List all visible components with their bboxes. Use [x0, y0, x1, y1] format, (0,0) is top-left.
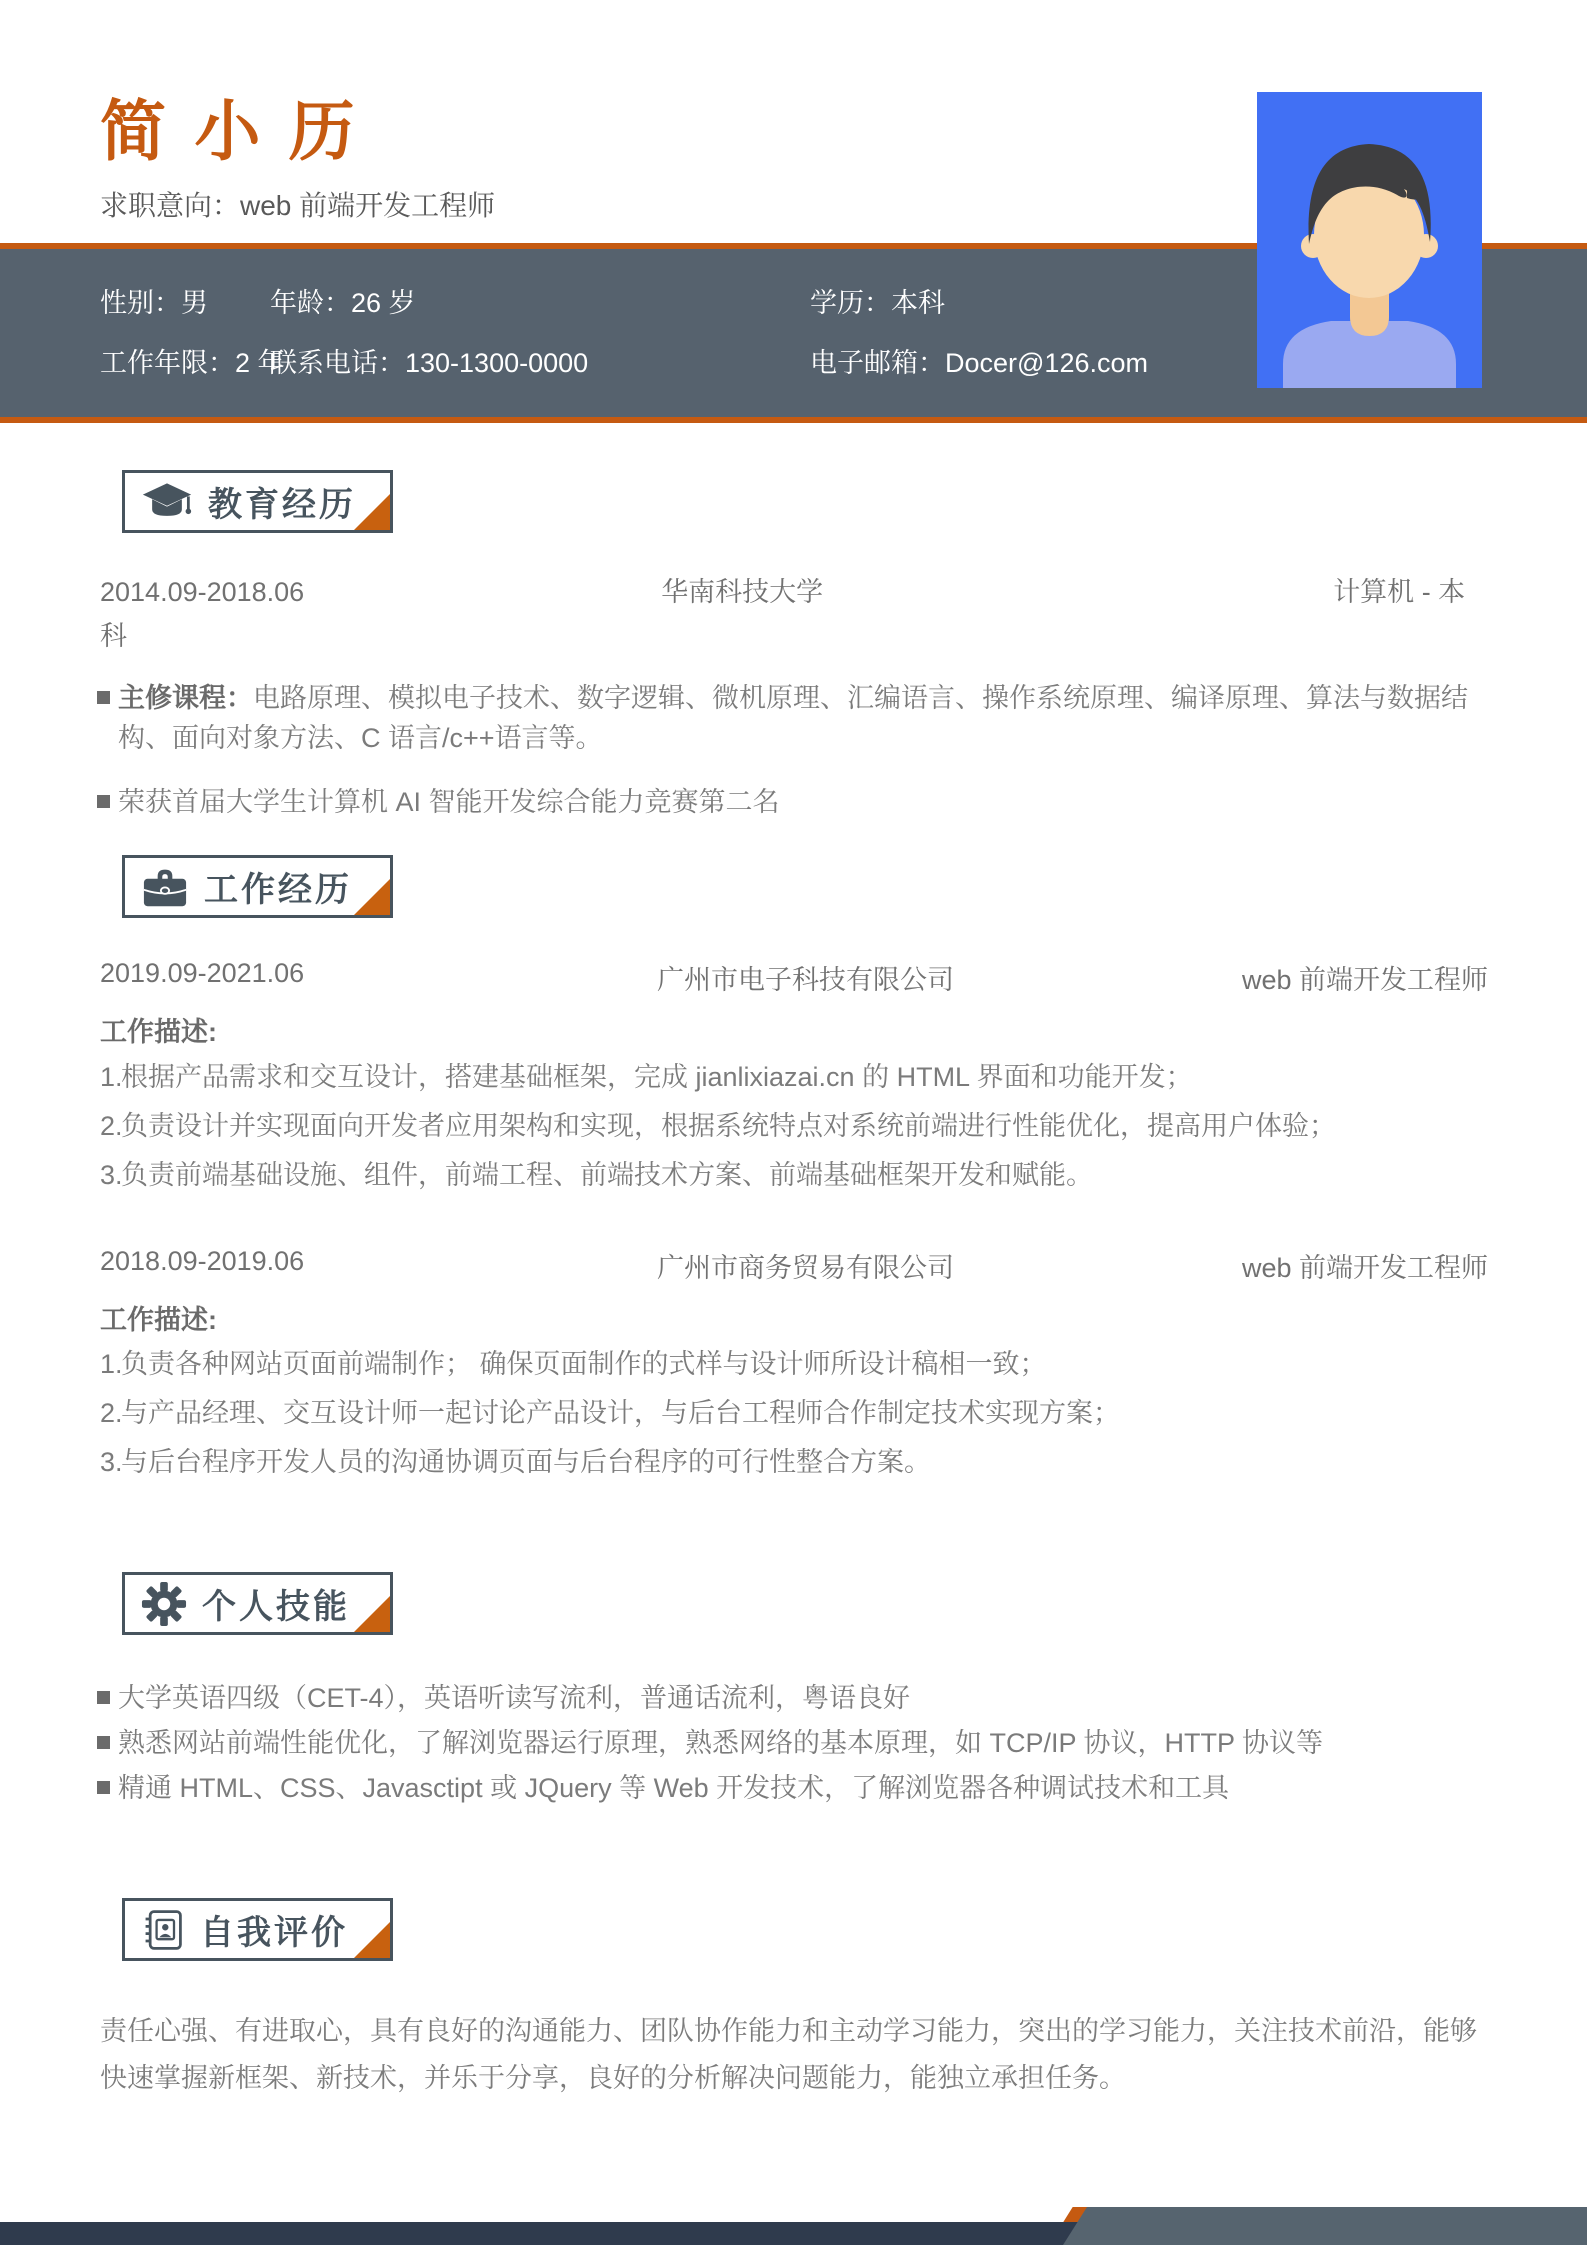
- item-number: 3.: [100, 1156, 121, 1194]
- education-meta-row: 2014.09-2018.06华南科技大学计算机 - 本科: [100, 570, 1488, 658]
- work-years-field: 工作年限：2 年: [100, 341, 285, 380]
- list-item: 2.负责设计并实现面向开发者应用架构和实现，根据系统特点对系统前端进行性能优化，…: [100, 1107, 1488, 1145]
- job-role: web 前端开发工程师: [1177, 958, 1488, 997]
- section-header-skills: 个人技能: [122, 1572, 393, 1635]
- section-title-education: 教育经历: [208, 477, 356, 526]
- skill-text: 熟悉网站前端性能优化，了解浏览器运行原理，熟悉网络的基本原理，如 TCP/IP …: [118, 1725, 1488, 1761]
- accent-rule-bottom: [0, 417, 1587, 423]
- list-item: 3.负责前端基础设施、组件，前端工程、前端技术方案、前端基础框架开发和赋能。: [100, 1156, 1488, 1194]
- job-description-list: 1.负责各种网站页面前端制作； 确保页面制作的式样与设计师所设计稿相一致； 2.…: [100, 1345, 1488, 1492]
- section-header-work: 工作经历: [122, 855, 393, 918]
- list-item: 1.根据产品需求和交互设计，搭建基础框架，完成 jianlixiazai.cn …: [100, 1058, 1488, 1096]
- item-text: 负责设计并实现面向开发者应用架构和实现，根据系统特点对系统前端进行性能优化，提高…: [121, 1107, 1488, 1145]
- education-bullet-list: 主修课程：电路原理、模拟电子技术、数字逻辑、微机原理、汇编语言、操作系统原理、编…: [100, 678, 1488, 846]
- corner-triangle: [354, 1922, 390, 1958]
- age-field: 年龄：26 岁: [270, 281, 416, 320]
- email-field: 电子邮箱：Docer@126.com: [810, 341, 1148, 380]
- section-title-skills: 个人技能: [202, 1579, 350, 1628]
- item-text: 与产品经理、交互设计师一起讨论产品设计，与后台工程师合作制定技术实现方案；: [121, 1394, 1488, 1432]
- item-number: 3.: [100, 1443, 121, 1481]
- email-label: 电子邮箱：: [810, 348, 945, 378]
- email-value: Docer@126.com: [945, 348, 1148, 378]
- bullet-body: 电路原理、模拟电子技术、数字逻辑、微机原理、汇编语言、操作系统原理、编译原理、算…: [118, 683, 1468, 753]
- footer-bar-light: [1063, 2207, 1587, 2245]
- education-value: 本科: [891, 288, 945, 318]
- list-item: 2.与产品经理、交互设计师一起讨论产品设计，与后台工程师合作制定技术实现方案；: [100, 1394, 1488, 1432]
- job-company: 广州市电子科技有限公司: [657, 958, 1177, 997]
- self-evaluation-text: 责任心强、有进取心，具有良好的沟通能力、团队协作能力和主动学习能力，突出的学习能…: [100, 2008, 1488, 2102]
- profile-photo: [1257, 92, 1482, 388]
- phone-field: 联系电话：130-1300-0000: [270, 341, 588, 380]
- square-bullet-icon: [97, 795, 110, 808]
- job-role: web 前端开发工程师: [1177, 1246, 1488, 1285]
- item-text: 负责各种网站页面前端制作； 确保页面制作的式样与设计师所设计稿相一致；: [121, 1345, 1488, 1383]
- graduation-cap-icon: [141, 480, 193, 524]
- item-text: 负责前端基础设施、组件，前端工程、前端技术方案、前端基础框架开发和赋能。: [121, 1156, 1488, 1194]
- id-card-icon: [141, 1907, 185, 1953]
- job-company: 广州市商务贸易有限公司: [657, 1246, 1177, 1285]
- section-header-education: 教育经历: [122, 470, 393, 533]
- phone-value: 130-1300-0000: [405, 348, 588, 378]
- square-bullet-icon: [97, 691, 110, 704]
- item-number: 2.: [100, 1394, 121, 1432]
- education-period: 2014.09-2018.06: [100, 577, 304, 607]
- item-text: 与后台程序开发人员的沟通协调页面与后台程序的可行性整合方案。: [121, 1443, 1488, 1481]
- list-item: 1.负责各种网站页面前端制作； 确保页面制作的式样与设计师所设计稿相一致；: [100, 1345, 1488, 1383]
- corner-triangle: [354, 1596, 390, 1632]
- job-meta-row: 2019.09-2021.06 广州市电子科技有限公司 web 前端开发工程师: [100, 958, 1488, 997]
- age-value: 26 岁: [351, 288, 416, 318]
- gender-value: 男: [181, 288, 208, 318]
- education-bullet-text: 主修课程：电路原理、模拟电子技术、数字逻辑、微机原理、汇编语言、操作系统原理、编…: [118, 678, 1488, 758]
- job-description-label: 工作描述:: [100, 1298, 1488, 1337]
- item-number: 1.: [100, 1058, 121, 1096]
- skills-bullet-list: 大学英语四级（CET-4），英语听读写流利，普通话流利，粤语良好 熟悉网站前端性…: [100, 1680, 1488, 1815]
- spacer: [304, 600, 661, 601]
- corner-triangle: [354, 879, 390, 915]
- item-number: 2.: [100, 1107, 121, 1145]
- square-bullet-icon: [97, 1781, 110, 1794]
- job-period: 2018.09-2019.06: [100, 1246, 657, 1277]
- education-field: 学历：本科: [810, 281, 945, 320]
- list-item: 大学英语四级（CET-4），英语听读写流利，普通话流利，粤语良好: [100, 1680, 1488, 1716]
- job-description-list: 1.根据产品需求和交互设计，搭建基础框架，完成 jianlixiazai.cn …: [100, 1058, 1488, 1205]
- gender-field: 性别：男: [100, 281, 208, 320]
- bullet-lead: 主修课程：: [118, 683, 253, 713]
- corner-triangle: [354, 494, 390, 530]
- list-item: 精通 HTML、CSS、Javasctipt 或 JQuery 等 Web 开发…: [100, 1770, 1488, 1806]
- list-item: 3.与后台程序开发人员的沟通协调页面与后台程序的可行性整合方案。: [100, 1443, 1488, 1481]
- resume-page: 简 小 历 求职意向：web 前端开发工程师 性别：男 年龄：26 岁 学历：本…: [0, 0, 1587, 2245]
- section-title-evaluation: 自我评价: [200, 1905, 348, 1954]
- education-school: 华南科技大学: [661, 577, 823, 607]
- item-text: 根据产品需求和交互设计，搭建基础框架，完成 jianlixiazai.cn 的 …: [121, 1058, 1488, 1096]
- skill-text: 大学英语四级（CET-4），英语听读写流利，普通话流利，粤语良好: [118, 1680, 1488, 1716]
- list-item: 熟悉网站前端性能优化，了解浏览器运行原理，熟悉网络的基本原理，如 TCP/IP …: [100, 1725, 1488, 1761]
- list-item: 主修课程：电路原理、模拟电子技术、数字逻辑、微机原理、汇编语言、操作系统原理、编…: [100, 678, 1488, 758]
- age-label: 年龄：: [270, 288, 351, 318]
- square-bullet-icon: [97, 1736, 110, 1749]
- job-meta-row: 2018.09-2019.06 广州市商务贸易有限公司 web 前端开发工程师: [100, 1246, 1488, 1285]
- briefcase-icon: [141, 865, 189, 909]
- male-avatar-icon: [1257, 92, 1482, 388]
- job-description-label: 工作描述:: [100, 1010, 1488, 1049]
- gender-label: 性别：: [100, 288, 181, 318]
- phone-label: 联系电话：: [270, 348, 405, 378]
- gear-icon: [141, 1581, 187, 1627]
- education-label: 学历：: [810, 288, 891, 318]
- section-title-work: 工作经历: [204, 862, 352, 911]
- square-bullet-icon: [97, 1691, 110, 1704]
- item-number: 1.: [100, 1345, 121, 1383]
- job-intent: 求职意向：web 前端开发工程师: [100, 184, 495, 224]
- job-period: 2019.09-2021.06: [100, 958, 657, 989]
- section-header-evaluation: 自我评价: [122, 1898, 393, 1961]
- work-years-label: 工作年限：: [100, 348, 235, 378]
- education-bullet-text: 荣获首届大学生计算机 AI 智能开发综合能力竞赛第二名: [118, 782, 1488, 822]
- spacer: [823, 600, 1333, 601]
- candidate-name: 简 小 历: [100, 78, 360, 173]
- skill-text: 精通 HTML、CSS、Javasctipt 或 JQuery 等 Web 开发…: [118, 1770, 1488, 1806]
- list-item: 荣获首届大学生计算机 AI 智能开发综合能力竞赛第二名: [100, 782, 1488, 822]
